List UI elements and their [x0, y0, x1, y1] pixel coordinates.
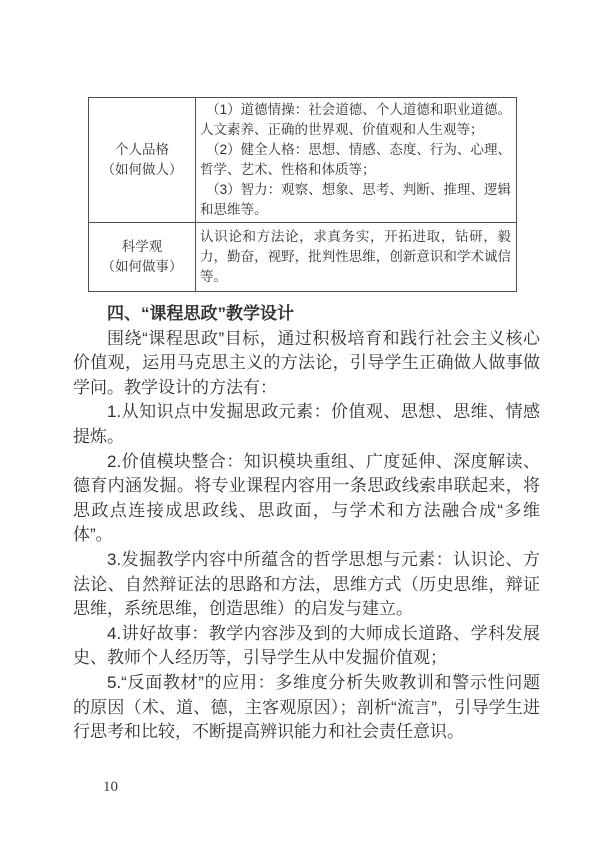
row-header-cell: 科学观 （如何做事）: [89, 223, 196, 292]
cell-item: （3）智力：观察、想象、思考、判断、推理、逻辑和思维等。: [200, 180, 511, 220]
paragraph: 1.从知识点中发掘思政元素：价值观、思想、思维、情感提炼。: [73, 400, 540, 449]
document-body: 四、“课程思政”教学设计 围绕“课程思政”目标，通过积极培育和践行社会主义核心价…: [73, 302, 540, 745]
cell-item: （2）健全人格：思想、情感、态度、行为、心理、哲学、艺术、性格和体质等；: [200, 140, 511, 180]
row-content-cell: 认识论和方法论，求真务实，开拓进取，钻研，毅力，勤奋，视野，批判性思维，创新意识…: [196, 223, 517, 292]
paragraph: 4.讲好故事：教学内容涉及到的大师成长道路、学科发展史、教师个人经历等，引导学生…: [73, 622, 540, 671]
row-header-subtitle: （如何做人）: [91, 160, 193, 180]
row-header-cell: 个人品格 （如何做人）: [89, 98, 196, 223]
row-header-title: 个人品格: [91, 140, 193, 160]
table-row: 科学观 （如何做事） 认识论和方法论，求真务实，开拓进取，钻研，毅力，勤奋，视野…: [89, 223, 517, 292]
row-header-title: 科学观: [91, 237, 193, 257]
cell-text: 认识论和方法论，求真务实，开拓进取，钻研，毅力，勤奋，视野，批判性思维，创新意识…: [200, 227, 511, 287]
cell-item: （1）道德情操：社会道德、个人道德和职业道德。人文素养、正确的世界观、价值观和人…: [200, 100, 511, 140]
paragraph: 3.发掘教学内容中所蕴含的哲学思想与元素：认识论、方法论、自然辩证法的思路和方法…: [73, 548, 540, 622]
paragraph: 2.价值模块整合：知识模块重组、广度延伸、深度解读、德育内涵发掘。将专业课程内容…: [73, 450, 540, 548]
table-row: 个人品格 （如何做人） （1）道德情操：社会道德、个人道德和职业道德。人文素养、…: [89, 98, 517, 223]
paragraph: 5.“反面教材”的应用：多维度分析失败教训和警示性问题的原因（术、道、德，主客观…: [73, 671, 540, 745]
page-number: 10: [103, 779, 118, 796]
row-content-cell: （1）道德情操：社会道德、个人道德和职业道德。人文素养、正确的世界观、价值观和人…: [196, 98, 517, 223]
section-heading: 四、“课程思政”教学设计: [73, 302, 540, 327]
values-table: 个人品格 （如何做人） （1）道德情操：社会道德、个人道德和职业道德。人文素养、…: [88, 97, 517, 292]
paragraph: 围绕“课程思政”目标，通过积极培育和践行社会主义核心价值观，运用马克思主义的方法…: [73, 327, 540, 401]
document-page: 个人品格 （如何做人） （1）道德情操：社会道德、个人道德和职业道德。人文素养、…: [0, 0, 599, 848]
row-header-subtitle: （如何做事）: [91, 257, 193, 277]
